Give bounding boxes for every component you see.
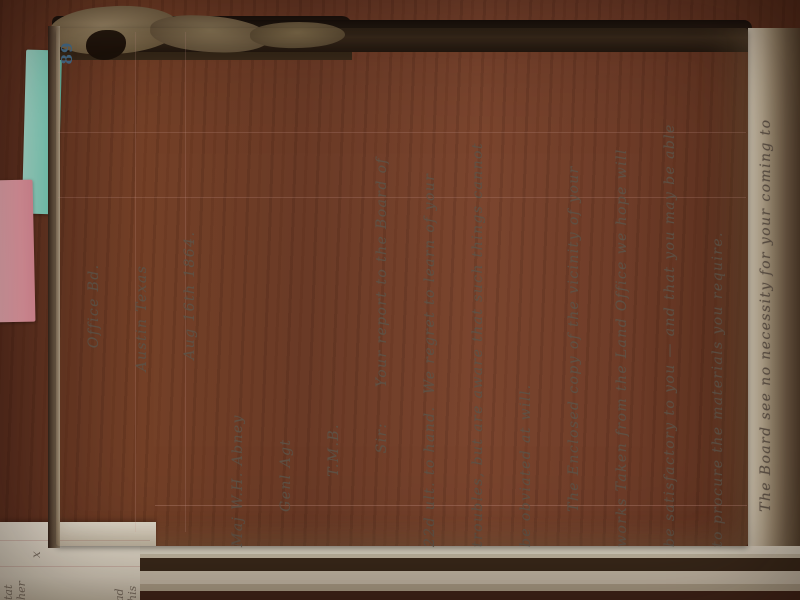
letter-line: Aug 16th 1864. [182, 77, 198, 547]
letter-line: Office Bd. [86, 77, 102, 547]
letter-line: Maj W.H. Abney [230, 77, 246, 547]
photo-of-ledger-on-desk: tat her ad his x 89 Office Bd. Austin Te… [0, 0, 800, 600]
handwriting-fragment: ad his [113, 542, 139, 600]
letter-line: works Taken from the Land Office we hope… [614, 77, 630, 547]
handwritten-letter: Office Bd. Austin Texas Aug 16th 1864. M… [54, 77, 730, 547]
bookmark-tab-pink [0, 180, 35, 323]
letter-line: troubles, but are aware that such things… [470, 77, 486, 547]
letter-line: be satisfactory to you — and that you ma… [662, 77, 678, 547]
letter-line: to procure the materials you require. [710, 77, 726, 547]
page-stack-bottom [140, 546, 800, 600]
letter-line: The Board see no necessity for your comi… [758, 77, 774, 547]
handwriting-fragment: x [30, 538, 50, 558]
letter-line: The Enclosed copy of the vicinity of you… [566, 77, 582, 547]
handwriting-fragment: tat her [2, 540, 30, 600]
letter-line: T.M.B. [326, 77, 342, 547]
letter-line: Sir: Your report to the Board of [374, 77, 390, 547]
letter-line: 22d ult. to hand. We regret to learn of … [422, 77, 438, 547]
letter-line: be obviated at will. [518, 77, 534, 547]
page-number: 89 [58, 36, 76, 70]
letter-line: Genl Agt [278, 77, 294, 547]
letter-line: Austin Texas [134, 77, 150, 547]
